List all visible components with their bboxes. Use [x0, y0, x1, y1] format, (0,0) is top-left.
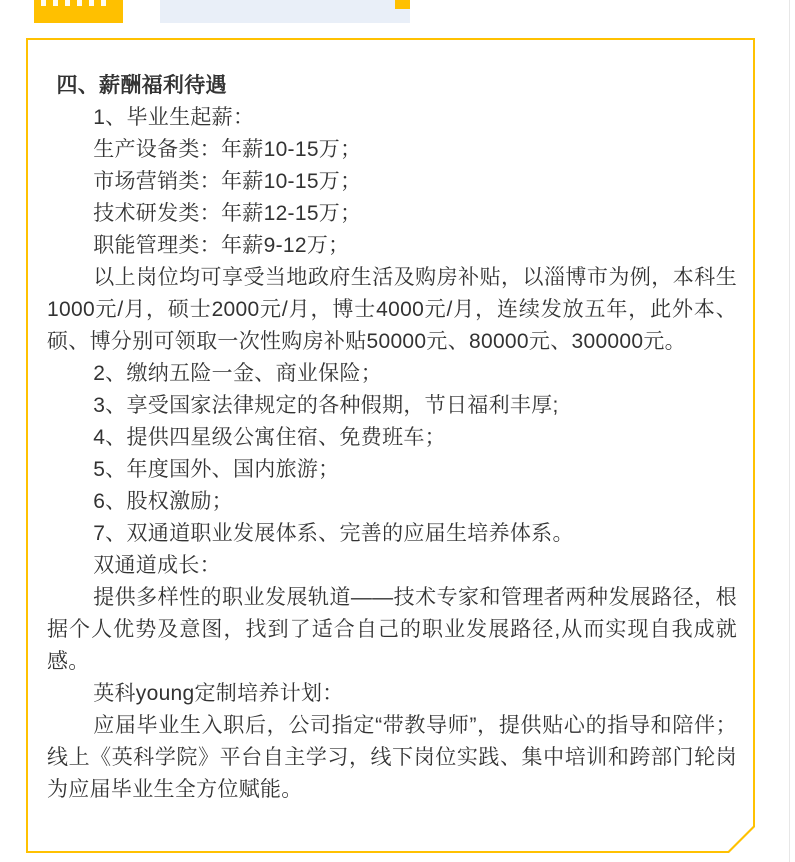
paragraph: 3、享受国家法律规定的各种假期，节日福利丰厚; — [47, 390, 737, 422]
paragraph: 英科young定制培养计划： — [47, 678, 737, 710]
paragraph: 市场营销类：年薪10-15万； — [47, 166, 737, 198]
paragraph: 生产设备类：年薪10-15万； — [47, 134, 737, 166]
paragraph: 7、双通道职业发展体系、完善的应届生培养体系。 — [47, 518, 737, 550]
paragraph: 职能管理类：年薪9-12万； — [47, 230, 737, 262]
article-body: 1、毕业生起薪：生产设备类：年薪10-15万；市场营销类：年薪10-15万；技术… — [47, 102, 737, 806]
window-right-edge — [789, 0, 790, 862]
page: 四、薪酬福利待遇 1、毕业生起薪：生产设备类：年薪10-15万；市场营销类：年薪… — [0, 0, 795, 862]
gray-header-bar — [160, 0, 410, 23]
paragraph: 应届毕业生入职后，公司指定“带教导师”，提供贴心的指导和陪伴；线上《英科学院》平… — [47, 710, 737, 806]
article: 四、薪酬福利待遇 1、毕业生起薪：生产设备类：年薪10-15万；市场营销类：年薪… — [28, 40, 753, 851]
partially-visible-button[interactable] — [34, 0, 123, 23]
paragraph: 6、股权激励； — [47, 486, 737, 518]
paragraph: 技术研发类：年薪12-15万； — [47, 198, 737, 230]
paragraph: 1、毕业生起薪： — [47, 102, 737, 134]
content-card-border: 四、薪酬福利待遇 1、毕业生起薪：生产设备类：年薪10-15万；市场营销类：年薪… — [26, 38, 755, 853]
yellow-corner-accent — [395, 0, 410, 9]
paragraph: 以上岗位均可享受当地政府生活及购房补贴，以淄博市为例，本科生1000元/月，硕士… — [47, 262, 737, 358]
paragraph: 4、提供四星级公寓住宿、免费班车； — [47, 422, 737, 454]
section-title: 四、薪酬福利待遇 — [47, 70, 737, 102]
paragraph: 2、缴纳五险一金、商业保险； — [47, 358, 737, 390]
paragraph: 提供多样性的职业发展轨道——技术专家和管理者两种发展路径，根据个人优势及意图，找… — [47, 582, 737, 678]
content-card: 四、薪酬福利待遇 1、毕业生起薪：生产设备类：年薪10-15万；市场营销类：年薪… — [28, 40, 753, 851]
paragraph: 双通道成长： — [47, 550, 737, 582]
clipped-button-label — [41, 0, 113, 6]
paragraph: 5、年度国外、国内旅游； — [47, 454, 737, 486]
